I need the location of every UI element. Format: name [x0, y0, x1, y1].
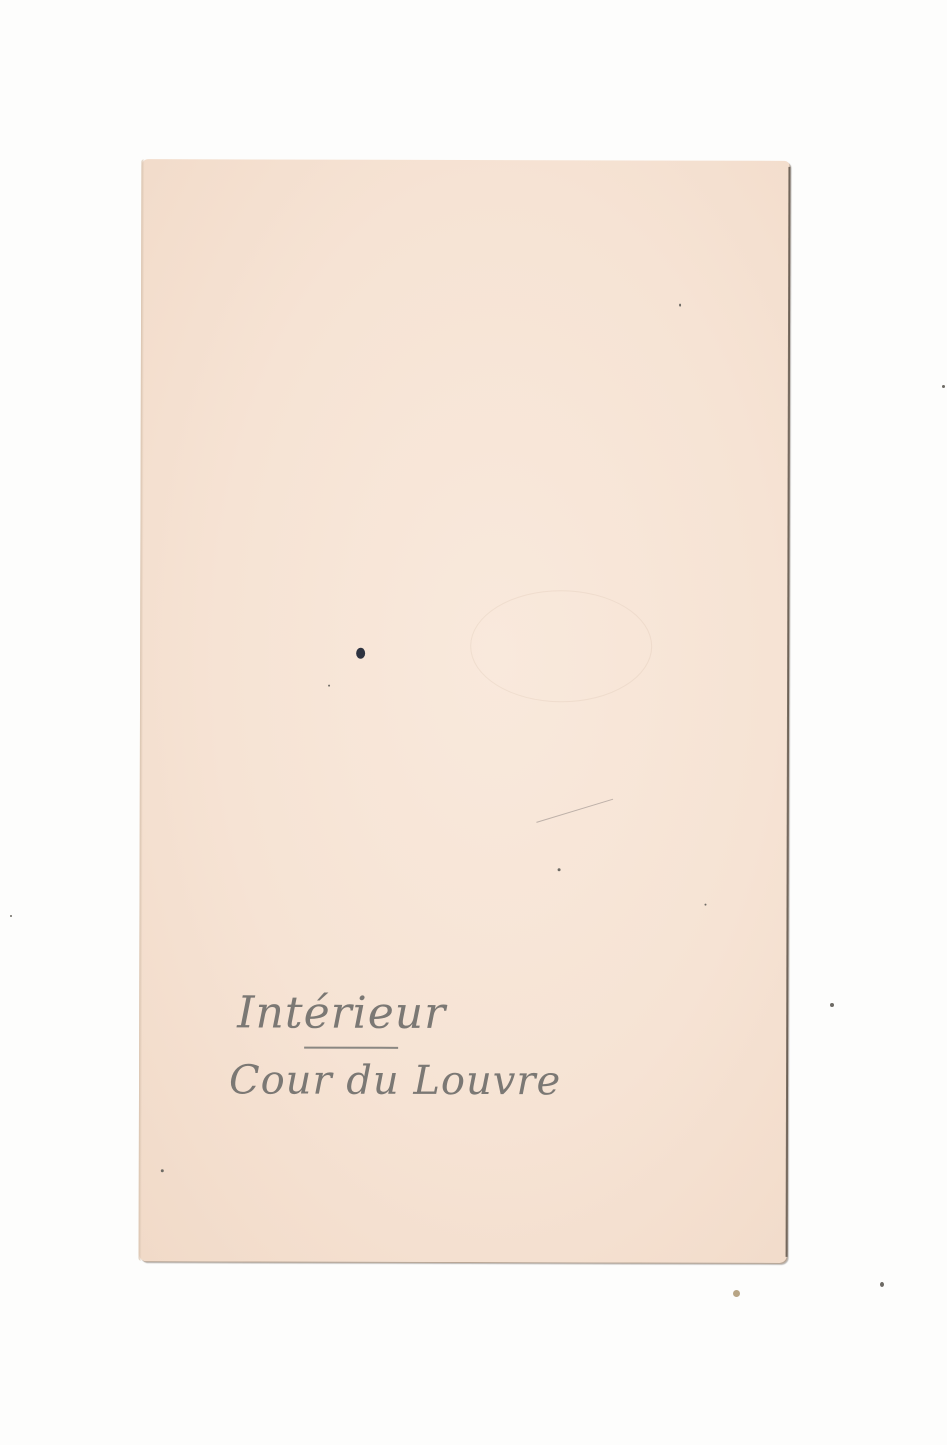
photo-card-back: Intérieur Cour du Louvre [139, 159, 790, 1263]
ink-dot [356, 648, 365, 659]
card-speck [558, 868, 561, 871]
dust-speck [942, 385, 945, 388]
faint-stain [470, 590, 652, 702]
inscription-line-1: Intérieur [229, 984, 561, 1043]
card-speck [161, 1169, 164, 1172]
card-speck [679, 304, 681, 307]
inscription-line-2: Cour du Louvre [229, 1052, 561, 1109]
inscription-underline [304, 1047, 398, 1049]
card-speck [328, 685, 330, 687]
dust-speck [733, 1290, 740, 1297]
card-speck [704, 904, 706, 906]
dust-speck [830, 1003, 834, 1007]
dust-speck [880, 1282, 884, 1287]
dust-speck [10, 915, 12, 917]
handwritten-inscription: Intérieur Cour du Louvre [229, 984, 561, 1109]
pencil-stroke [536, 799, 613, 823]
